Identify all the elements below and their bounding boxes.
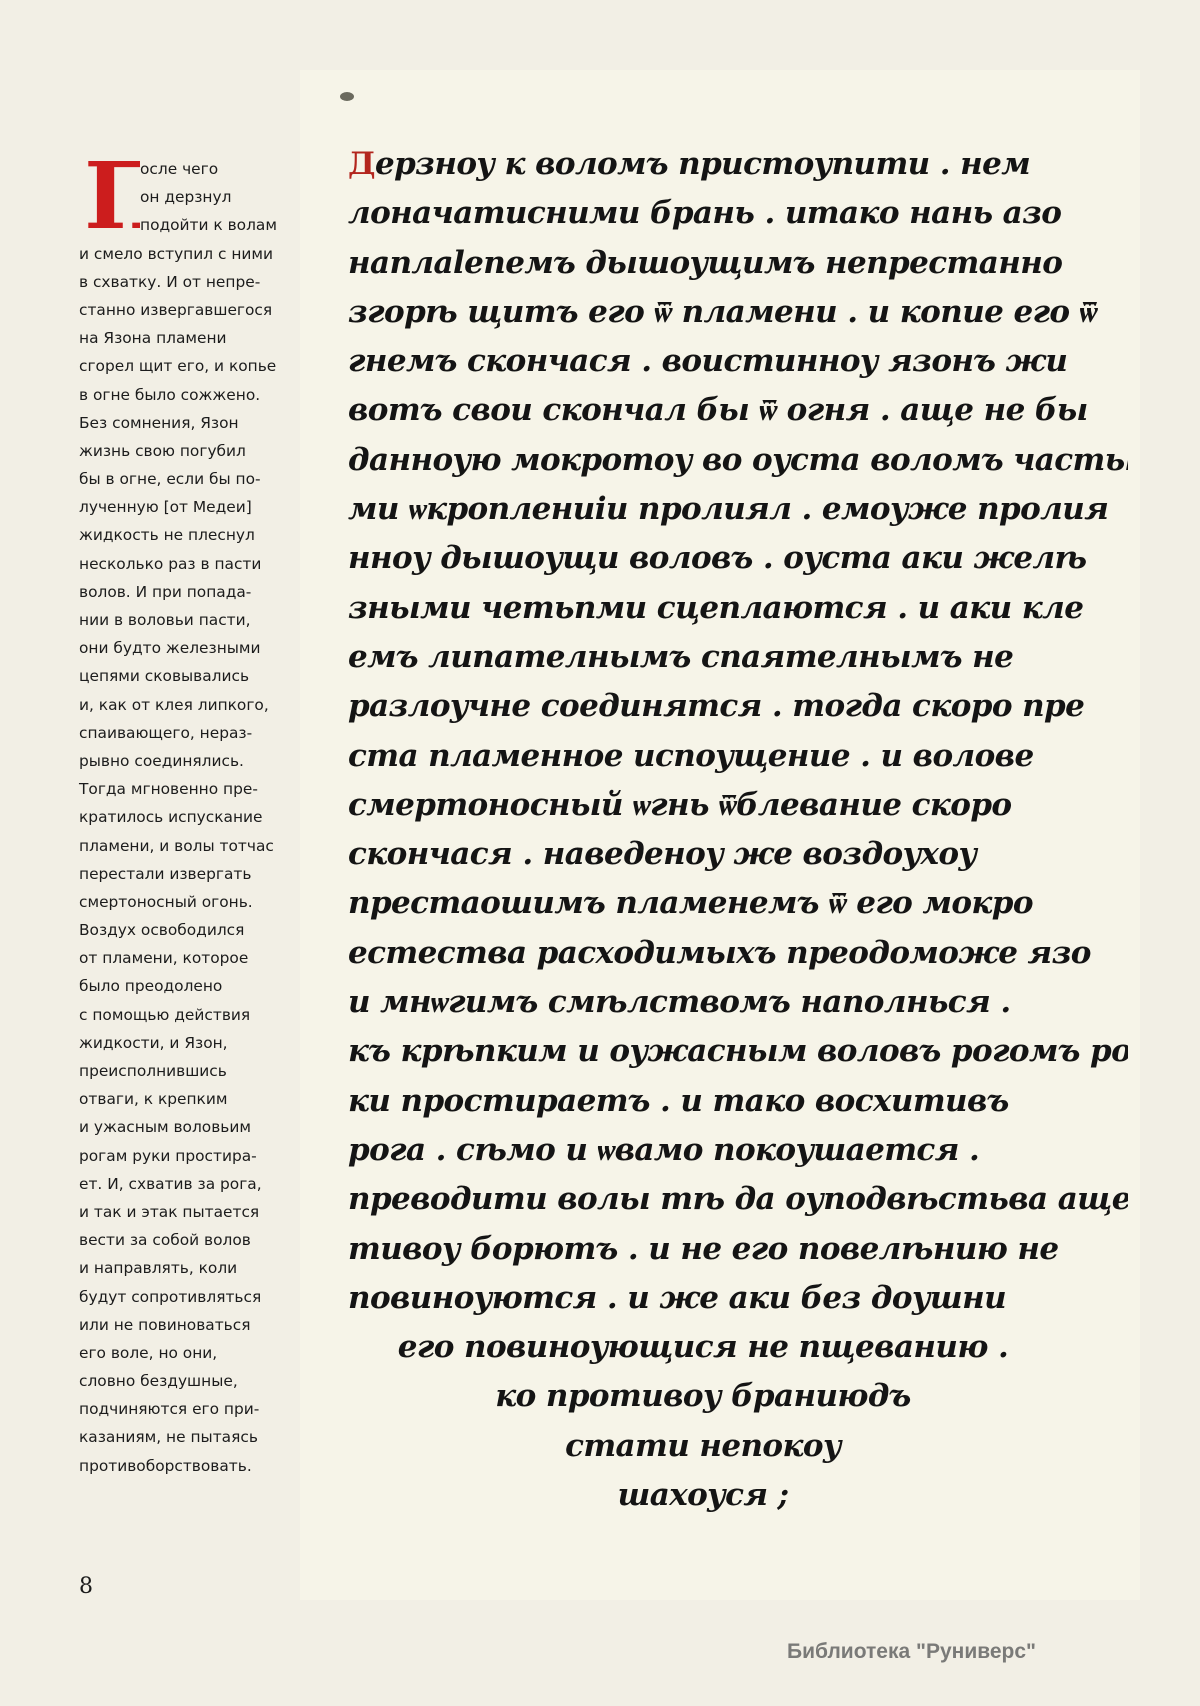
manuscript-line: тивоу борютъ . и не его повелѣнию не [348, 1225, 1128, 1274]
translation-line: и ужасным воловьим [79, 1113, 299, 1141]
manuscript-line: емъ липателнымъ спаятелнымъ не [348, 633, 1128, 682]
manuscript-line: зными четьпми сцеплаются . и аки кле [348, 584, 1128, 633]
manuscript-line: Дерзноу к воломъ пристоупити . нем [348, 140, 1128, 189]
translation-line: рогам руки простира- [79, 1142, 299, 1170]
manuscript-line: лоначатисними брань . итако нань азо [348, 189, 1128, 238]
translation-line: его воле, но они, [79, 1339, 299, 1367]
translation-line: словно бездушные, [79, 1367, 299, 1395]
manuscript-initial: Д [348, 146, 375, 182]
translation-line: Без сомнения, Язон [79, 409, 299, 437]
manuscript-line: ки простираетъ . и тако восхитивъ [348, 1077, 1128, 1126]
manuscript-line: ста пламенное испоущение . и волове [348, 732, 1128, 781]
translation-line: ет. И, схватив за рога, [79, 1170, 299, 1198]
page-number: 8 [79, 1574, 93, 1599]
translation-line: в схватку. И от непре- [79, 268, 299, 296]
translation-line: смертоносный огонь. [79, 888, 299, 916]
translation-line: с помощью действия [79, 1001, 299, 1029]
manuscript-line: смертоносный ѡгнь ѿблеваниe скоро [348, 781, 1128, 830]
translation-line: жизнь свою погубил [79, 437, 299, 465]
translation-line: в огне было сожжено. [79, 381, 299, 409]
manuscript-line: разлоучне соединятся . тогда скоро пре [348, 682, 1128, 731]
manuscript-line: преводити волы тѣ да оуподвѣстьва аще пр… [348, 1175, 1128, 1224]
manuscript-line: его повиноующися не пщеванию . [348, 1323, 1128, 1372]
library-footer: Библиотека "Руниверс" [787, 1640, 1036, 1664]
translation-line: лученную [от Медеи] [79, 493, 299, 521]
manuscript-text: Дерзноу к воломъ пристоупити . нем лонач… [348, 140, 1128, 1520]
translation-line: Воздух освободился [79, 916, 299, 944]
translation-line: и смело вступил с ними [79, 240, 299, 268]
manuscript-line: естества расходимыхъ преодоможе язо [348, 929, 1128, 978]
manuscript-line: наплаlenемъ дышоущимъ непрестанно [348, 239, 1128, 288]
translation-line: жидкость не плеснул [79, 521, 299, 549]
manuscript-line: стати непокоу [348, 1422, 1128, 1471]
manuscript-line: згорѣ щитъ его ѿ пламени . и копие его ѿ [348, 288, 1128, 337]
translation-line: противоборствовать. [79, 1452, 299, 1480]
translation-line: несколько раз в пасти [79, 550, 299, 578]
translation-line: и так и этак пытается [79, 1198, 299, 1226]
translation-line: на Язона пламени [79, 324, 299, 352]
translation-line: жидкости, и Язон, [79, 1029, 299, 1057]
manuscript-line-text: ерзноу к воломъ пристоупити . нем [375, 146, 1030, 182]
manuscript-line: ми ѡкроплениiи пролиял . емоуже пролия [348, 485, 1128, 534]
manuscript-line: рога . сѣмо и ѡвамо покоушается . [348, 1126, 1128, 1175]
translation-line: перестали извергать [79, 860, 299, 888]
translation-line: осле чего [79, 155, 299, 183]
translation-line: нии в воловьи пасти, [79, 606, 299, 634]
translation-line: и, как от клея липкого, [79, 691, 299, 719]
translation-line: подойти к волам [79, 211, 299, 239]
translation-line: от пламени, которое [79, 944, 299, 972]
translation-line: и направлять, коли [79, 1254, 299, 1282]
translation-line: вести за собой волов [79, 1226, 299, 1254]
translation-line: они будто железными [79, 634, 299, 662]
translation-line: преисполнившись [79, 1057, 299, 1085]
translation-line: волов. И при попада- [79, 578, 299, 606]
translation-line: или не повиноваться [79, 1311, 299, 1339]
translation-line: бы в огне, если бы по- [79, 465, 299, 493]
translation-column: осле чего он дерзнул подойти к волам и с… [79, 155, 299, 1480]
translation-line: сгорел щит его, и копье [79, 352, 299, 380]
translation-line: цепями сковывались [79, 662, 299, 690]
translation-line: станно извергавшегося [79, 296, 299, 324]
translation-line: кратилось испускание [79, 803, 299, 831]
manuscript-line: и мнѡгимъ смѣлствомъ наполнься . [348, 978, 1128, 1027]
translation-line: он дерзнул [79, 183, 299, 211]
translation-line: рывно соединялись. [79, 747, 299, 775]
translation-line: спаивающего, нераз- [79, 719, 299, 747]
manuscript-line: скончася . наведеноу же воздоухоу [348, 830, 1128, 879]
ink-stain [340, 92, 354, 101]
translation-line: Тогда мгновенно пре- [79, 775, 299, 803]
manuscript-line: данноую мокротоу во оуста воломъ часты [348, 436, 1128, 485]
translation-line: подчиняются его при- [79, 1395, 299, 1423]
manuscript-line: къ крѣпким и оужасным воловъ рогомъ роу [348, 1027, 1128, 1076]
manuscript-line: ко противоу браниюдъ [348, 1372, 1128, 1421]
manuscript-line: нноу дышоущи воловъ . оуста аки желѣ [348, 534, 1128, 583]
manuscript-line: шахоуся ; [348, 1471, 1128, 1520]
translation-line: пламени, и волы тотчас [79, 832, 299, 860]
translation-line: казаниям, не пытаясь [79, 1423, 299, 1451]
manuscript-line: гнемъ скончася . воистинноу язонъ жи [348, 337, 1128, 386]
translation-line: отваги, к крепким [79, 1085, 299, 1113]
manuscript-line: престаошимъ пламенемъ ѿ его мокро [348, 879, 1128, 928]
manuscript-line: повиноуются . и же аки без доушни [348, 1274, 1128, 1323]
translation-line: будут сопротивляться [79, 1283, 299, 1311]
manuscript-line: вотъ свои скончал бы ѿ огня . аще не бы [348, 386, 1128, 435]
translation-line: было преодолено [79, 972, 299, 1000]
